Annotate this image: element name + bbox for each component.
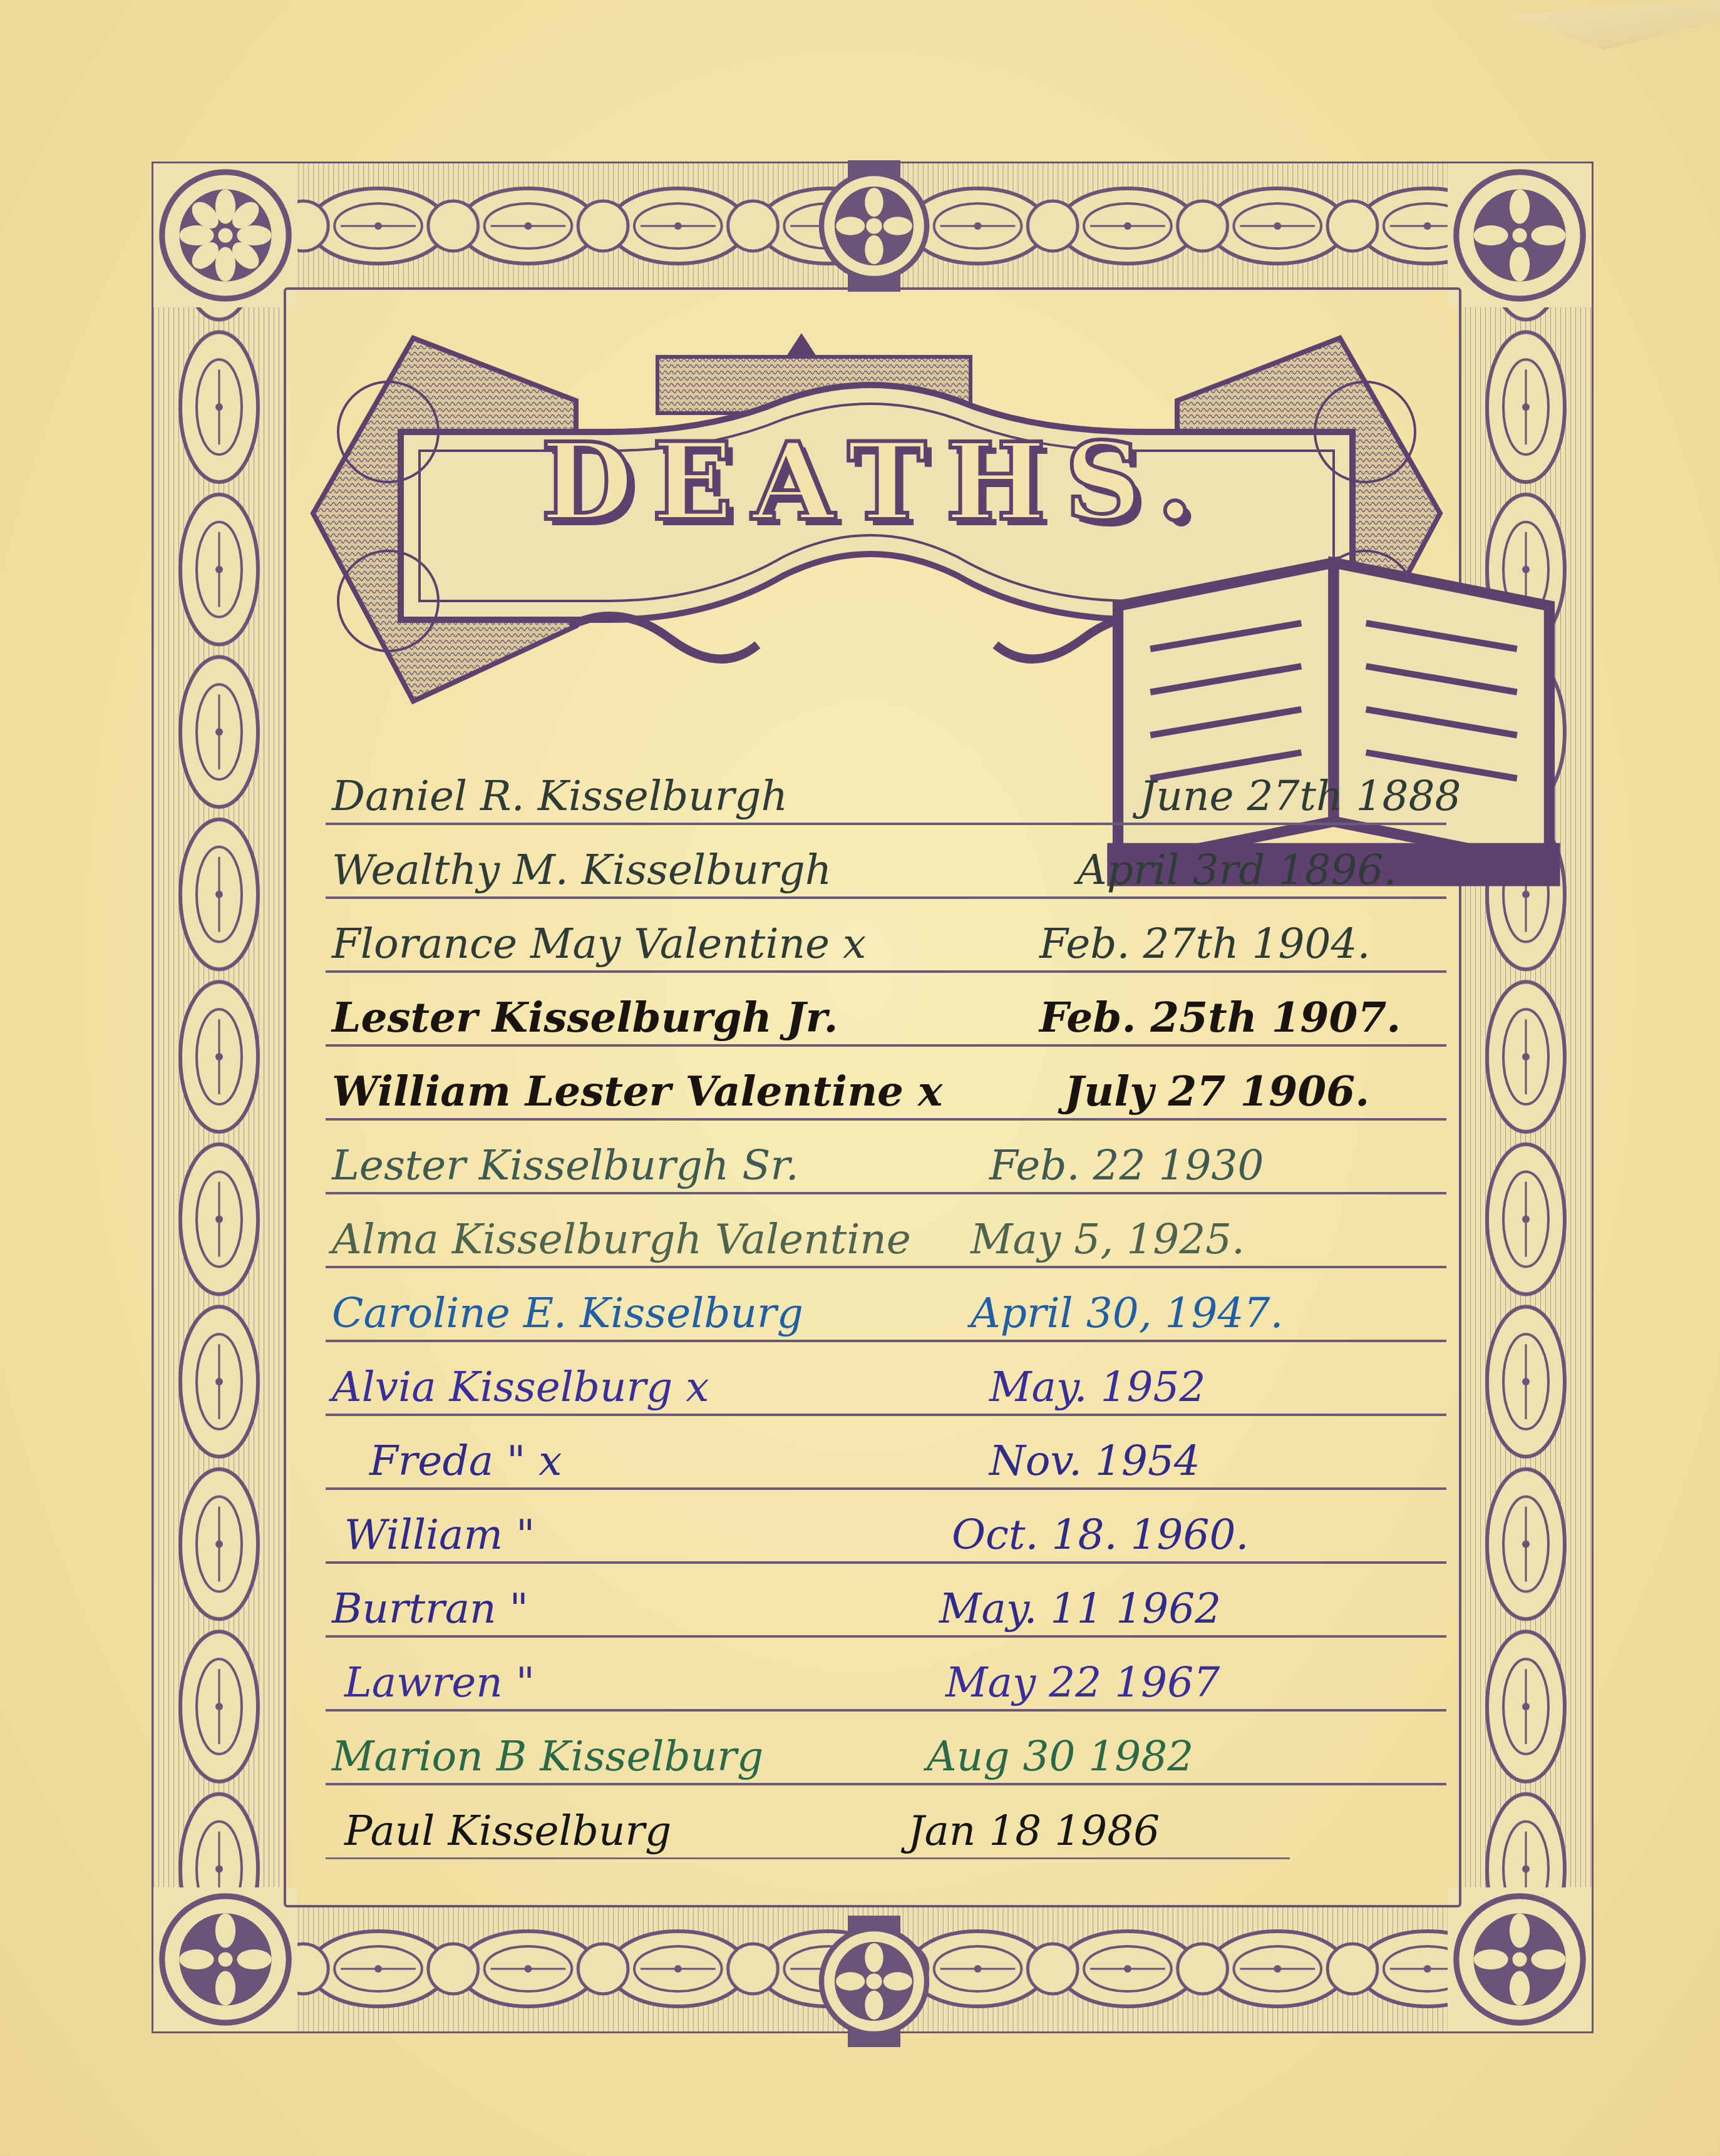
entry-name: Freda " x xyxy=(369,1437,562,1485)
rosette-icon xyxy=(153,1887,297,2031)
torn-paper-corner xyxy=(1509,0,1720,50)
entry-date: April 3rd 1896. xyxy=(1077,846,1396,894)
entry-date: Oct. 18. 1960. xyxy=(952,1511,1249,1559)
entry-name: Wealthy M. Kisselburgh xyxy=(332,846,832,894)
entry-date: June 27th 1888 xyxy=(1140,772,1461,820)
rosette-icon xyxy=(808,157,940,295)
register-row: Lester Kisselburgh Sr. Feb. 22 1930 xyxy=(326,1121,1446,1194)
header-banner: DEATHS. xyxy=(307,326,1446,714)
entry-date: May 5, 1925. xyxy=(971,1215,1245,1263)
entry-name: Alvia Kisselburg x xyxy=(332,1363,709,1411)
entry-name: Daniel R. Kisselburgh xyxy=(332,772,788,820)
register-row: Marion B Kisselburg Aug 30 1982 xyxy=(326,1712,1446,1785)
register-row: William " Oct. 18. 1960. xyxy=(326,1490,1446,1564)
entry-name: Caroline E. Kisselburg xyxy=(332,1289,803,1337)
register-row: Paul Kisselburg Jan 18 1986 xyxy=(326,1785,1290,1859)
register-row: Florance May Valentine x Feb. 27th 1904. xyxy=(326,899,1446,973)
border-left xyxy=(153,163,285,2031)
register-row: Wealthy M. Kisselburgh April 3rd 1896. xyxy=(326,825,1446,899)
register-row: Burtran " May. 11 1962 xyxy=(326,1564,1446,1638)
entry-name: Florance May Valentine x xyxy=(332,920,866,968)
entry-date: May 22 1967 xyxy=(945,1658,1220,1707)
rosette-icon xyxy=(1448,1887,1592,2031)
rosette-icon xyxy=(808,1912,940,2050)
register-row: Lawren " May 22 1967 xyxy=(326,1638,1446,1712)
entry-date: Feb. 27th 1904. xyxy=(1039,920,1370,968)
register-row: Daniel R. Kisselburgh June 27th 1888 xyxy=(326,751,1446,825)
register-row: Alma Kisselburgh Valentine May 5, 1925. xyxy=(326,1194,1446,1268)
register-row: William Lester Valentine x July 27 1906. xyxy=(326,1047,1446,1121)
entry-name: Lester Kisselburgh Jr. xyxy=(332,993,838,1042)
register-row: Lester Kisselburgh Jr. Feb. 25th 1907. xyxy=(326,973,1446,1047)
entry-date: Nov. 1954 xyxy=(989,1437,1200,1485)
entry-name: Lester Kisselburgh Sr. xyxy=(332,1141,799,1189)
entry-name: Marion B Kisselburg xyxy=(332,1732,763,1780)
deaths-register: Daniel R. Kisselburgh June 27th 1888 Wea… xyxy=(326,751,1446,1859)
entry-name: Lawren " xyxy=(344,1658,535,1707)
entry-name: William " xyxy=(344,1511,535,1559)
entry-date: Jan 18 1986 xyxy=(908,1807,1160,1855)
entry-name: Alma Kisselburgh Valentine xyxy=(332,1215,911,1263)
register-row: Freda " x Nov. 1954 xyxy=(326,1416,1446,1490)
rosette-icon xyxy=(1448,163,1592,307)
entry-date: April 30, 1947. xyxy=(971,1289,1284,1337)
entry-date: July 27 1906. xyxy=(1064,1067,1369,1116)
rosette-icon xyxy=(153,163,297,307)
register-row: Caroline E. Kisselburg April 30, 1947. xyxy=(326,1268,1446,1342)
entry-date: Feb. 25th 1907. xyxy=(1039,993,1401,1042)
border-right xyxy=(1460,163,1592,2031)
entry-name: Paul Kisselburg xyxy=(344,1807,671,1855)
entry-date: Aug 30 1982 xyxy=(927,1732,1193,1780)
entry-date: Feb. 22 1930 xyxy=(989,1141,1264,1189)
entry-name: Burtran " xyxy=(332,1584,528,1633)
entry-date: May. 1952 xyxy=(989,1363,1205,1411)
entry-name: William Lester Valentine x xyxy=(332,1067,942,1116)
register-row: Alvia Kisselburg x May. 1952 xyxy=(326,1342,1446,1416)
entry-date: May. 11 1962 xyxy=(939,1584,1221,1633)
